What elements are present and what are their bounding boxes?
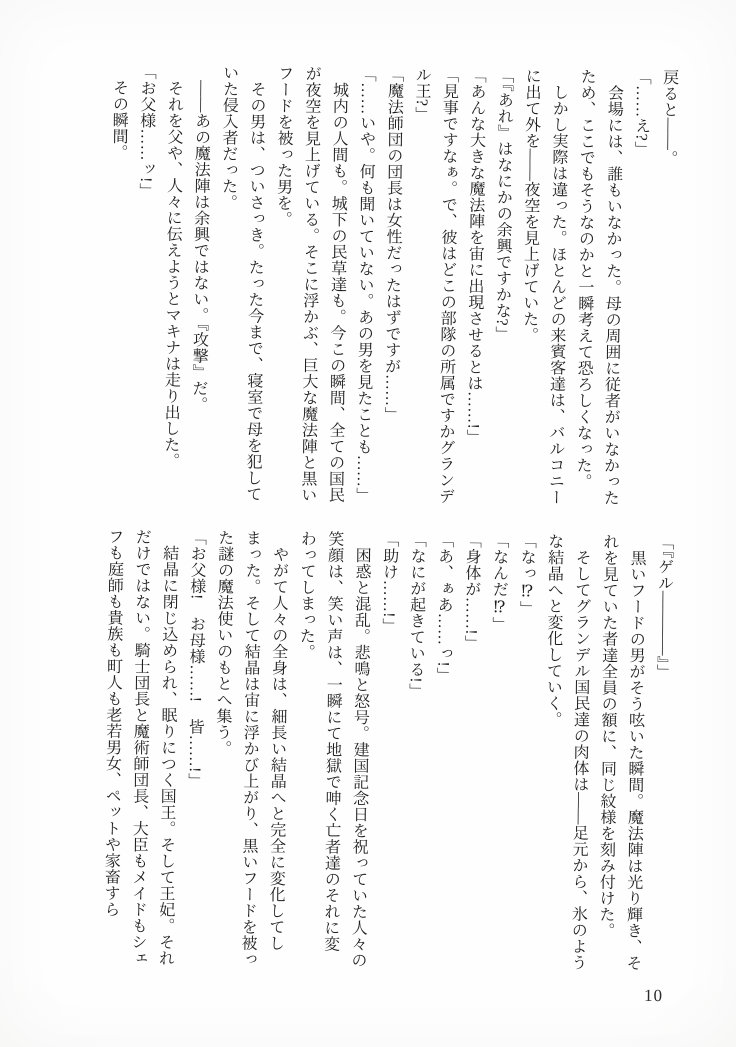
narration-paragraph: 結晶に閉じ込められ、眠りにつく国王。そして王妃。それだけではない。騎士団長と魔術… [96,528,183,969]
dialogue-line: 「『あれ』はなにかの余興ですかな?」 [486,67,518,507]
dialogue-line: 「魔法師団の団長は女性だったはずですが……」 [376,66,408,506]
narration-paragraph: しかし実際は違った。ほとんどの来賓客達は、バルコニーに出て外を――夜空を見上げて… [513,68,573,509]
dialogue-line: 「助け……!」 [371,531,403,971]
dialogue-line: 「なにが起きている!」 [398,531,430,971]
narration-paragraph: その男は、ついさっき。たった今まで、寝室で母を犯していた侵入者だった。 [211,64,271,505]
top-text-block: 戻ると――。 「……え?」 会場には、誰もいなかった。母の周囲に従者がいなかった… [101,63,683,509]
dialogue-line: 「……え?」 [623,69,655,509]
narration-paragraph: 黒いフードの男がそう呟いた瞬間。魔法陣は光り輝き、それを見ていた者達全員の額に、… [591,533,651,974]
dialogue-line: 「お父様! お母様……! 皆……!」 [178,529,210,969]
dialogue-line: 「あ、ぁあ……っ!」 [426,532,458,972]
page-number: 10 [644,986,663,1006]
narration-paragraph: それを父や、人々に伝えようとマキナは走り出した。 [156,64,188,504]
narration-paragraph: その瞬間。 [101,63,133,503]
dialogue-line: 「……いや。何も聞いていない。あの男を見たことも……」 [348,66,380,506]
bottom-text-block: 「『ゲル――――』」 黒いフードの男がそう呟いた瞬間。魔法陣は光り輝き、それを見… [96,528,678,974]
dialogue-line: 「お父様……ッ!」 [128,64,160,504]
narration-paragraph: やがて人々の全身は、細長い結晶へと完全に変化してしまった。そして結晶は宙に浮かび… [206,529,293,970]
scan-tilt-wrapper: 戻ると――。 「……え?」 会場には、誰もいなかった。母の周囲に従者がいなかった… [0,0,736,1047]
dialogue-line: 「『ゲル――――』」 [646,534,678,974]
dialogue-line: 「身体が……!」 [453,532,485,972]
dialogue-line: 「見事ですなぁ。で、彼はどこの部隊の所属ですかグランデル王?」 [403,66,463,507]
narration-paragraph: ――あの魔法陣は余興ではない。『攻撃』だ。 [183,64,215,504]
narration-paragraph: 会場には、誰もいなかった。母の周囲に従者がいなかったため、ここでもそうなのかと一… [568,68,628,509]
dialogue-line: 「なっ⁉」 [508,533,540,973]
scan-page: 戻ると――。 「……え?」 会場には、誰もいなかった。母の周囲に従者がいなかった… [0,0,736,1047]
narration-paragraph: そしてグランデル国民達の肉体は――足元から、氷のような結晶へと変化していく。 [536,533,596,974]
narration-paragraph: 城内の人間も。城下の民草達も。今この瞬間、全ての国民が夜空を見上げている。そこに… [266,65,353,506]
dialogue-line: 「なんだ⁉」 [481,532,513,972]
narration-paragraph: 戻ると――。 [651,69,683,509]
narration-paragraph: 困惑と混乱。悲鳴と怒号。建国記念日を祝っていた人々の笑顔は、笑い声は、一瞬にて地… [288,530,375,971]
dialogue-line: 「あんな大きな魔法陣を宙に出現させるとは……!」 [458,67,490,507]
